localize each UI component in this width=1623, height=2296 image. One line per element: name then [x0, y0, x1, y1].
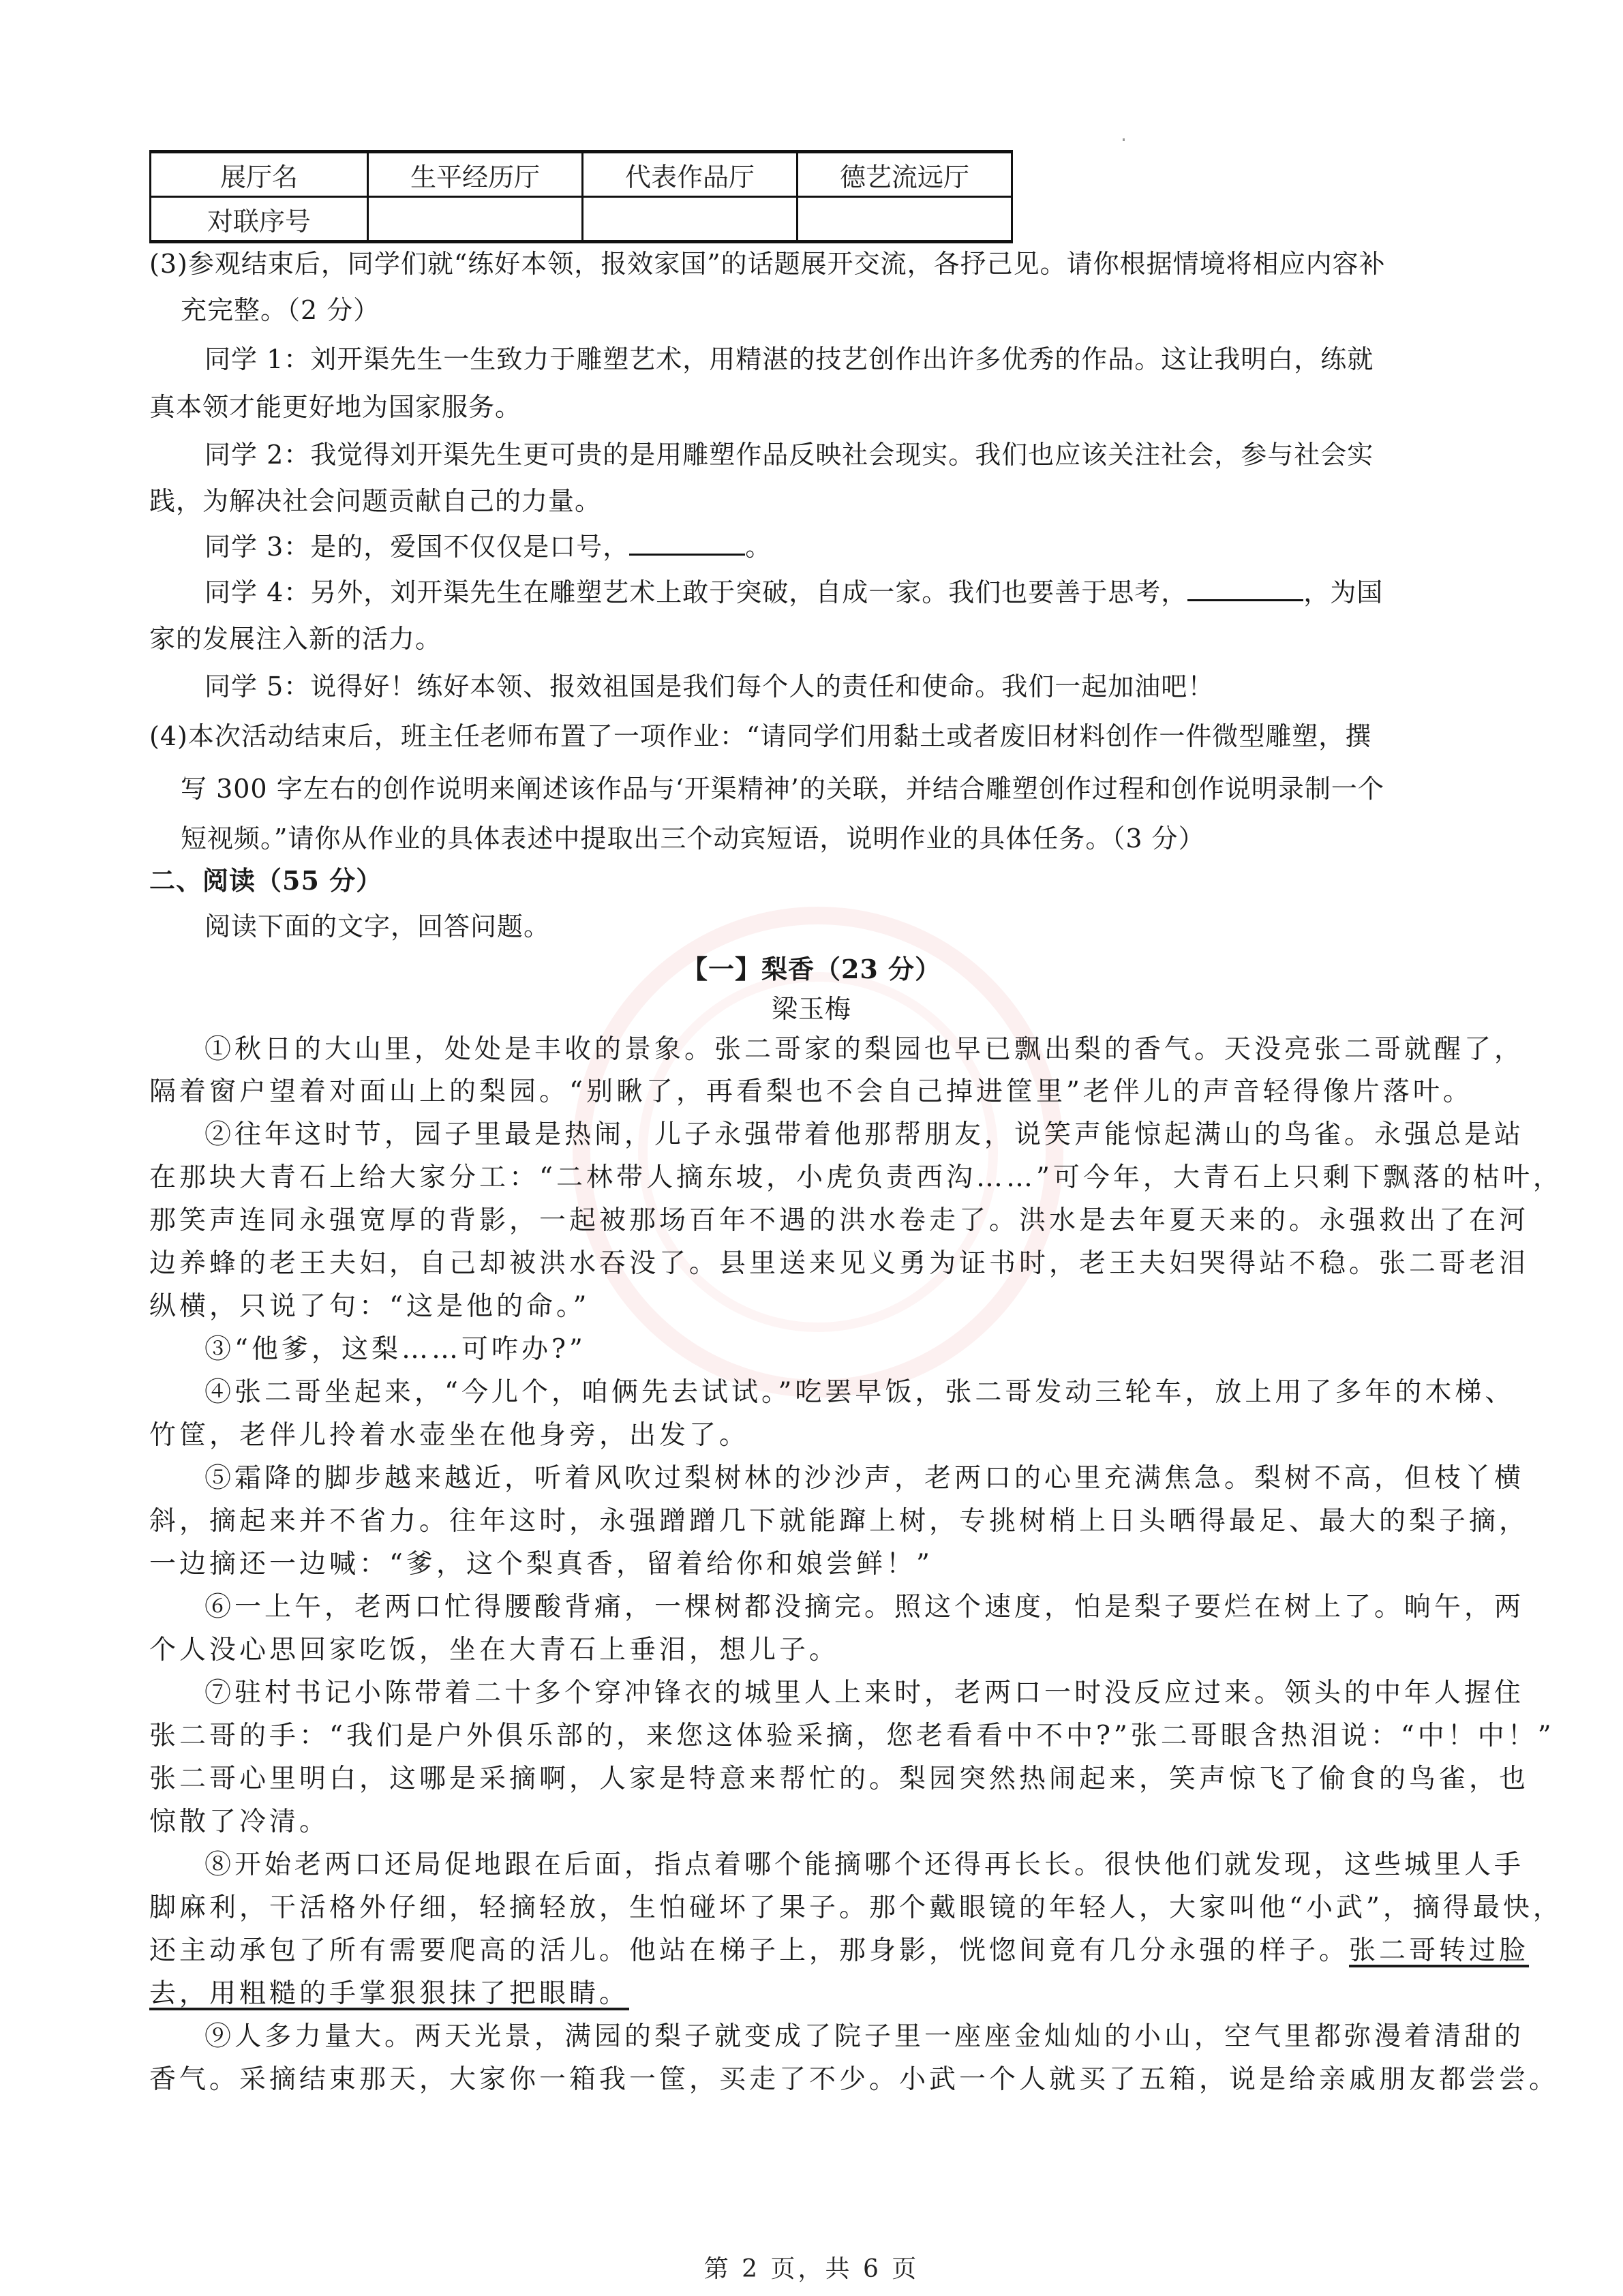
- paragraph-4: ④张二哥坐起来，“今儿个，咱俩先去试试。”吃罢早饭，张二哥发动三轮车，放上用了多…: [204, 1378, 1541, 1408]
- paragraph-8: 还主动承包了所有需要爬高的活儿。他站在梯子上，那身影，恍惚间竟有几分永强的样子。…: [149, 1936, 1485, 1966]
- table-cell: 对联序号: [151, 197, 368, 242]
- paragraph-1: 隔着窗户望着对面山上的梨园。“别瞅了，再看梨也不会自己掉进筐里”老伴儿的声音轻得…: [149, 1077, 1485, 1107]
- answer-cell[interactable]: [368, 197, 583, 242]
- paragraph-4: 竹筐，老伴儿拎着水壶坐在他身旁，出发了。: [149, 1421, 1485, 1451]
- student-4-suffix: ，为国: [1303, 577, 1383, 607]
- question-4-text: (4)本次活动结束后，班主任老师布置了一项作业：“请同学们用黏土或者废旧材料创作…: [149, 721, 1485, 751]
- paragraph-2: 在那块大青石上给大家分工：“二林带人摘东坡，小虎负责西沟……”可今年，大青石上只…: [149, 1163, 1485, 1193]
- table-row-couplet-numbers: 对联序号: [151, 197, 1012, 242]
- student-2-text: 践，为解决社会问题贡献自己的力量。: [149, 486, 1485, 516]
- paragraph-9: 香气。采摘结束那天，大家你一箱我一筐，买走了不少。小武一个人就买了五箱，说是给亲…: [149, 2065, 1485, 2095]
- article-title: 【一】梨香（23 分）: [0, 954, 1623, 984]
- answer-cell[interactable]: [583, 197, 798, 242]
- student-4-text: 家的发展注入新的活力。: [149, 624, 1485, 654]
- student-3-prefix: 同学 3：是的，爱国不仅仅是口号，: [204, 532, 629, 562]
- student-5-text: 同学 5：说得好！练好本领、报效祖国是我们每个人的责任和使命。我们一起加油吧！: [204, 671, 1541, 701]
- student-3-text: 同学 3：是的，爱国不仅仅是口号，。: [204, 532, 1541, 562]
- article-author: 梁玉梅: [0, 994, 1623, 1024]
- question-4-text: 写 300 字左右的创作说明来阐述该作品与‘开渠精神’的关联，并结合雕塑创作过程…: [181, 774, 1517, 804]
- table-row-hall-names: 展厅名 生平经历厅 代表作品厅 德艺流远厅: [151, 152, 1012, 197]
- paragraph-8: ⑧开始老两口还局促地跟在后面，指点着哪个能摘哪个还得再长长。很快他们就发现，这些…: [204, 1850, 1541, 1880]
- paragraph-8-text: 还主动承包了所有需要爬高的活儿。他站在梯子上，那身影，恍惚间竟有几分永强的样子。: [149, 1935, 1349, 1966]
- student-1-text: 真本领才能更好地为国家服务。: [149, 392, 1485, 422]
- question-4-text: 短视频。”请你从作业的具体表述中提取出三个动宾短语，说明作业的具体任务。（3 分…: [181, 824, 1517, 854]
- reading-instruction: 阅读下面的文字，回答问题。: [204, 911, 1541, 941]
- scan-speck: [1123, 138, 1125, 141]
- paragraph-2: ②往年这时节，园子里最是热闹，儿子永强带着他那帮朋友，说笑声能惊起满山的鸟雀。永…: [204, 1120, 1541, 1150]
- table-cell: 生平经历厅: [368, 152, 583, 197]
- paragraph-5: 一边摘还一边喊：“爹，这个梨真香，留着给你和娘尝鲜！”: [149, 1550, 1485, 1580]
- answer-cell[interactable]: [798, 197, 1012, 242]
- paragraph-9: ⑨人多力量大。两天光景，满园的梨子就变成了院子里一座座金灿灿的小山，空气里都弥漫…: [204, 2022, 1541, 2052]
- answer-blank-1[interactable]: [629, 533, 745, 556]
- underlined-sentence: 去，用粗糙的手掌狠狠抹了把眼睛。: [149, 1978, 629, 2009]
- question-3-text: (3)参观结束后，同学们就“练好本领，报效家国”的话题展开交流，各抒己见。请你根…: [149, 249, 1485, 279]
- exhibition-hall-table: 展厅名 生平经历厅 代表作品厅 德艺流远厅 对联序号: [149, 150, 1013, 243]
- paragraph-7: ⑦驻村书记小陈带着二十多个穿冲锋衣的城里人上来时，老两口一时没反应过来。领头的中…: [204, 1678, 1541, 1708]
- paragraph-8: 脚麻利，干活格外仔细，轻摘轻放，生怕碰坏了果子。那个戴眼镜的年轻人，大家叫他“小…: [149, 1893, 1485, 1923]
- page-number: 第 2 页，共 6 页: [0, 2250, 1623, 2284]
- paragraph-7: 张二哥的手：“我们是户外俱乐部的，来您这体验采摘，您老看看中不中?”张二哥眼含热…: [149, 1721, 1485, 1751]
- paragraph-5: ⑤霜降的脚步越来越近，听着风吹过梨树林的沙沙声，老两口的心里充满焦急。梨树不高，…: [204, 1464, 1541, 1494]
- student-2-text: 同学 2：我觉得刘开渠先生更可贵的是用雕塑作品反映社会现实。我们也应该关注社会，…: [204, 440, 1541, 470]
- paragraph-6: 个人没心思回家吃饭，坐在大青石上垂泪，想儿子。: [149, 1635, 1485, 1665]
- paragraph-3: ③“他爹，这梨……可咋办?”: [204, 1335, 1541, 1365]
- paragraph-8: 去，用粗糙的手掌狠狠抹了把眼睛。: [149, 1979, 1485, 2009]
- question-3-text: 充完整。（2 分）: [181, 295, 1517, 325]
- student-3-suffix: 。: [745, 532, 772, 562]
- underlined-sentence: 张二哥转过脸: [1349, 1935, 1529, 1966]
- paragraph-5: 斜，摘起来并不省力。往年这时，永强蹭蹭几下就能蹿上树，专挑树梢上日头晒得最足、最…: [149, 1507, 1485, 1537]
- paragraph-1: ①秋日的大山里，处处是丰收的景象。张二哥家的梨园也早已飘出梨的香气。天没亮张二哥…: [204, 1035, 1541, 1065]
- paragraph-7: 张二哥心里明白，这哪是采摘啊，人家是特意来帮忙的。梨园突然热闹起来，笑声惊飞了偷…: [149, 1764, 1485, 1794]
- paragraph-2: 边养蜂的老王夫妇，自己却被洪水吞没了。县里送来见义勇为证书时，老王夫妇哭得站不稳…: [149, 1249, 1485, 1279]
- table-cell: 德艺流远厅: [798, 152, 1012, 197]
- student-4-prefix: 同学 4：另外，刘开渠先生在雕塑艺术上敢于突破，自成一家。我们也要善于思考，: [204, 577, 1187, 607]
- table-cell: 展厅名: [151, 152, 368, 197]
- student-4-text: 同学 4：另外，刘开渠先生在雕塑艺术上敢于突破，自成一家。我们也要善于思考，，为…: [204, 577, 1541, 607]
- paragraph-7: 惊散了冷清。: [149, 1807, 1485, 1837]
- student-1-text: 同学 1：刘开渠先生一生致力于雕塑艺术，用精湛的技艺创作出许多优秀的作品。这让我…: [204, 344, 1541, 374]
- section-heading: 二、阅读（55 分）: [149, 866, 1485, 896]
- paragraph-6: ⑥一上午，老两口忙得腰酸背痛，一棵树都没摘完。照这个速度，怕是梨子要烂在树上了。…: [204, 1592, 1541, 1622]
- paragraph-2: 纵横，只说了句：“这是他的命。”: [149, 1292, 1485, 1322]
- table-cell: 代表作品厅: [583, 152, 798, 197]
- answer-blank-2[interactable]: [1187, 579, 1303, 601]
- paragraph-2: 那笑声连同永强宽厚的背影，一起被那场百年不遇的洪水卷走了。洪水是去年夏天来的。永…: [149, 1206, 1485, 1236]
